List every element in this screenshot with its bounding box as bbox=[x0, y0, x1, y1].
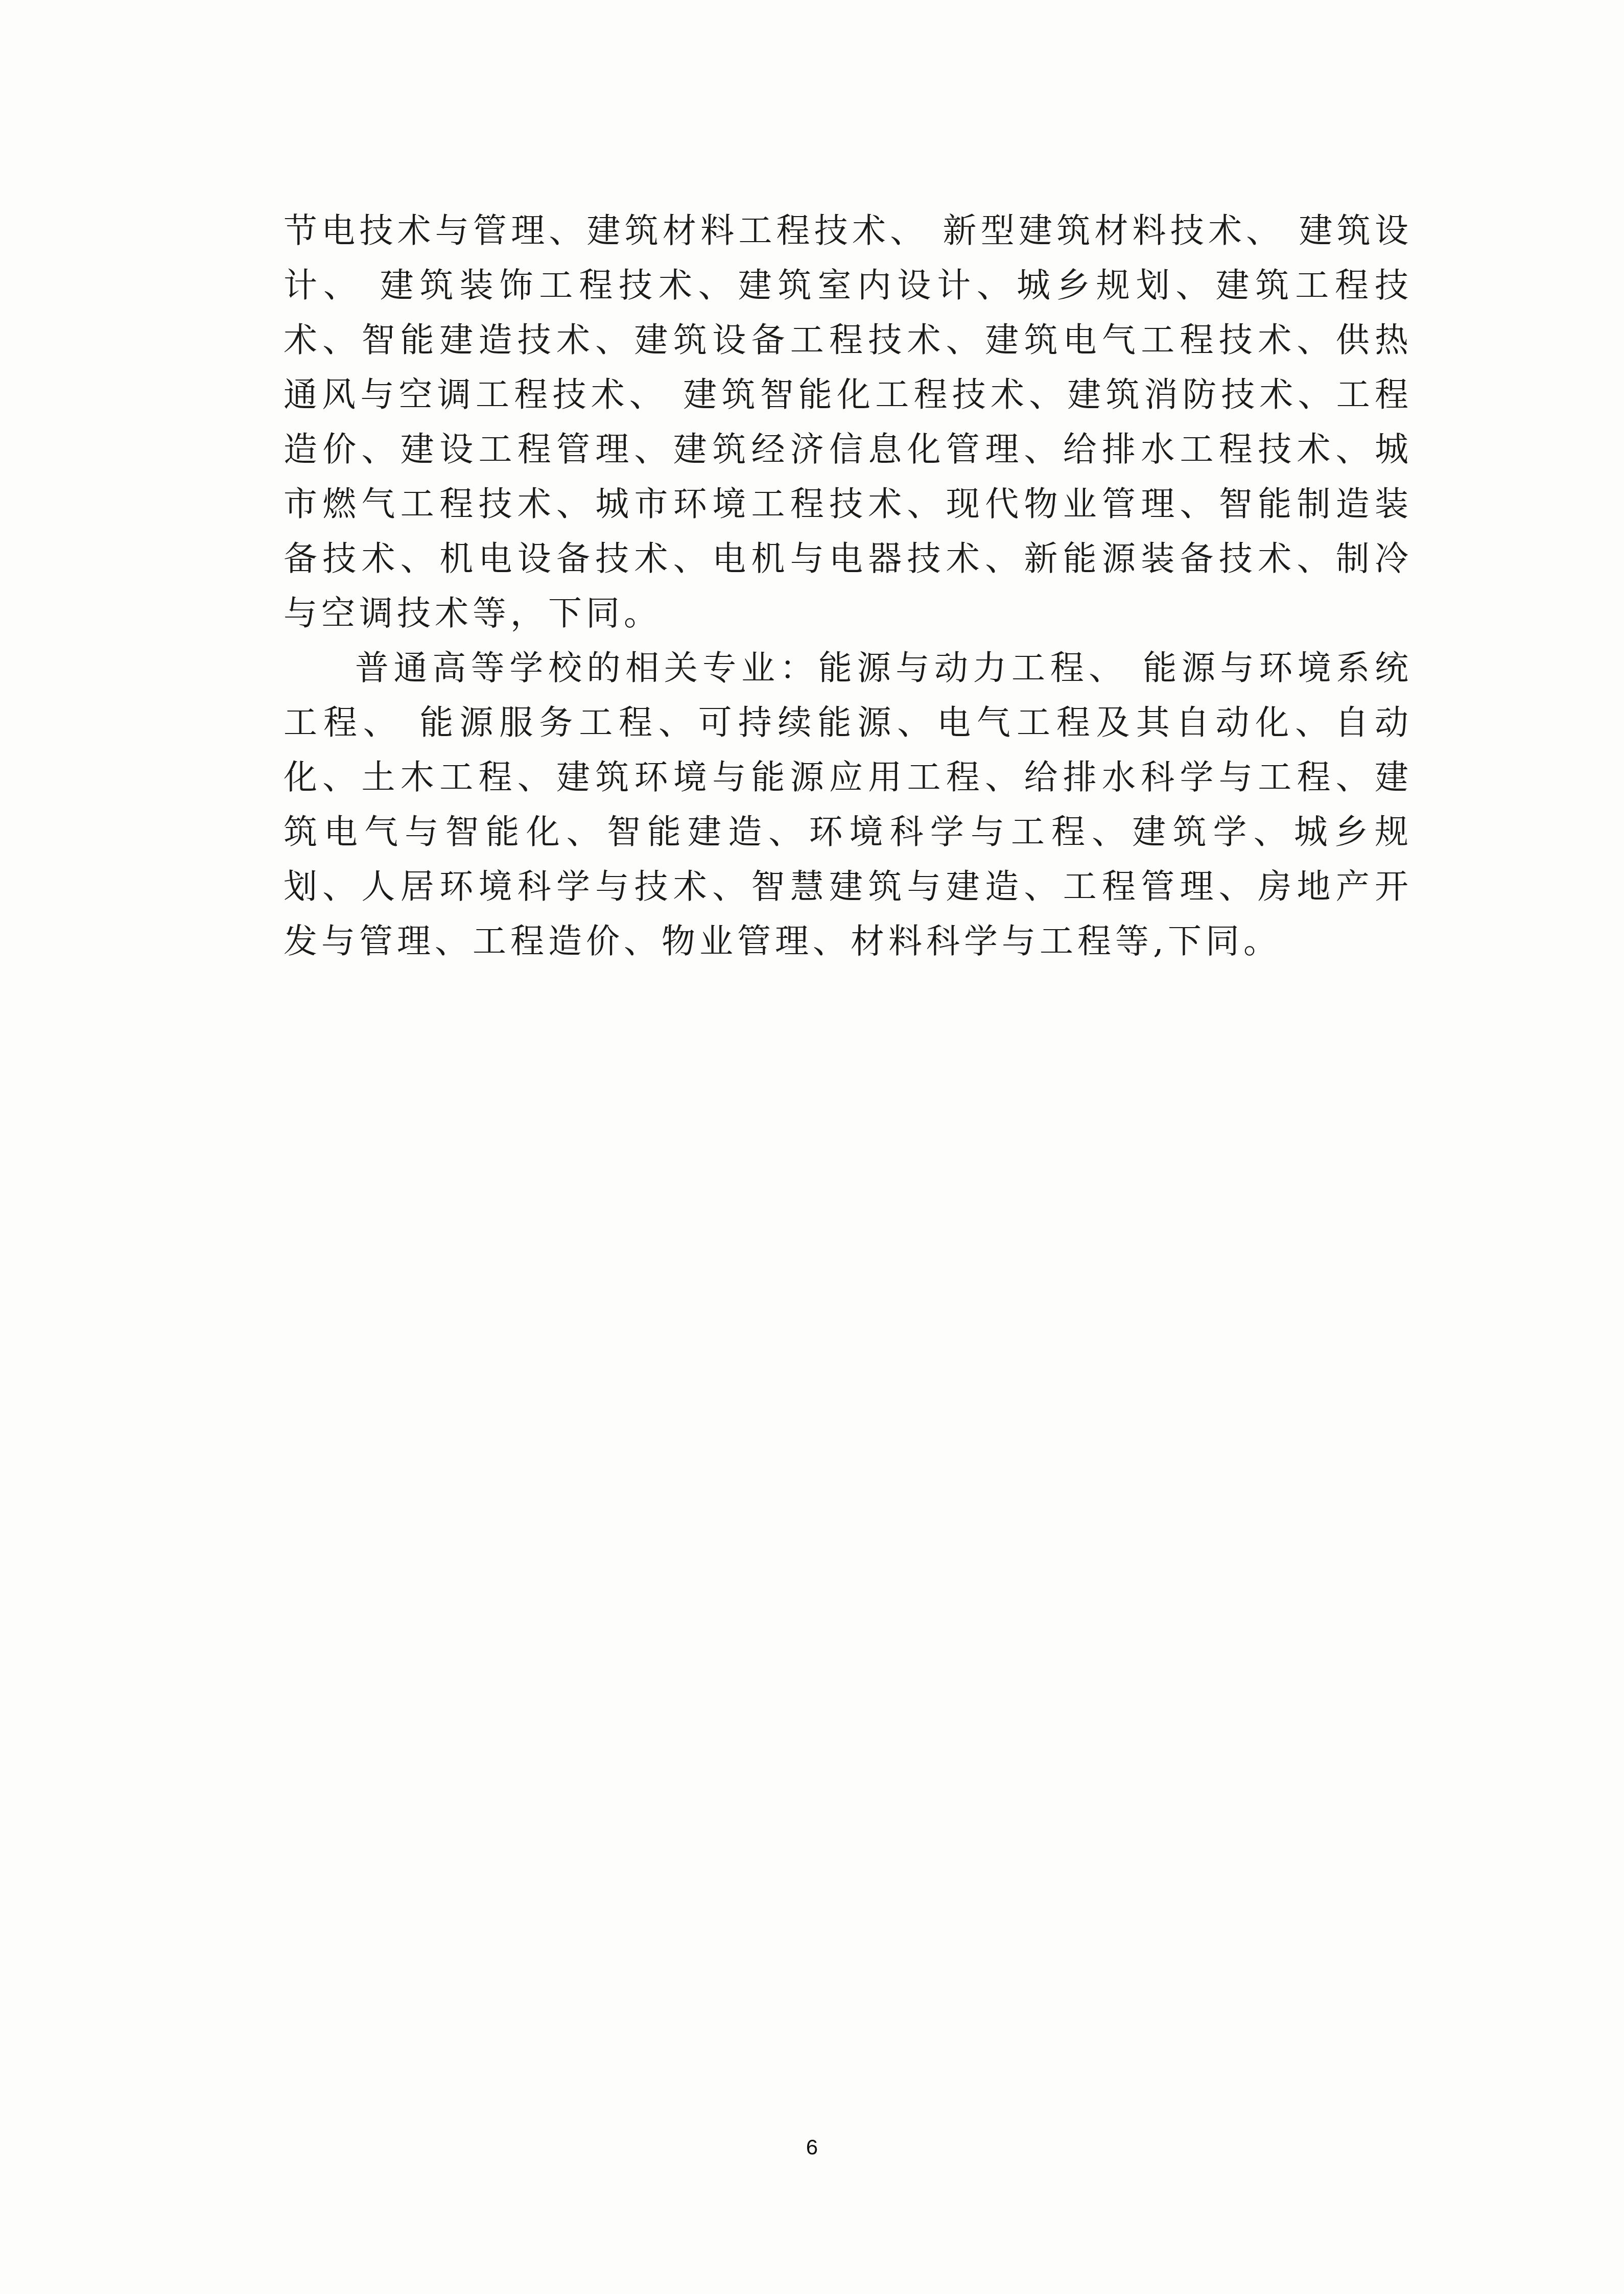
paragraph-vocational-majors: 节电技术与管理、建筑材料工程技术、 新型建筑材料技术、 建筑设计、 建筑装饰工程… bbox=[284, 203, 1413, 641]
page-number: 6 bbox=[0, 2135, 1624, 2160]
body-text: 节电技术与管理、建筑材料工程技术、 新型建筑材料技术、 建筑设计、 建筑装饰工程… bbox=[284, 203, 1413, 968]
document-page: 节电技术与管理、建筑材料工程技术、 新型建筑材料技术、 建筑设计、 建筑装饰工程… bbox=[0, 0, 1624, 2294]
paragraph-university-majors: 普通高等学校的相关专业：能源与动力工程、 能源与环境系统工程、 能源服务工程、可… bbox=[284, 641, 1413, 968]
